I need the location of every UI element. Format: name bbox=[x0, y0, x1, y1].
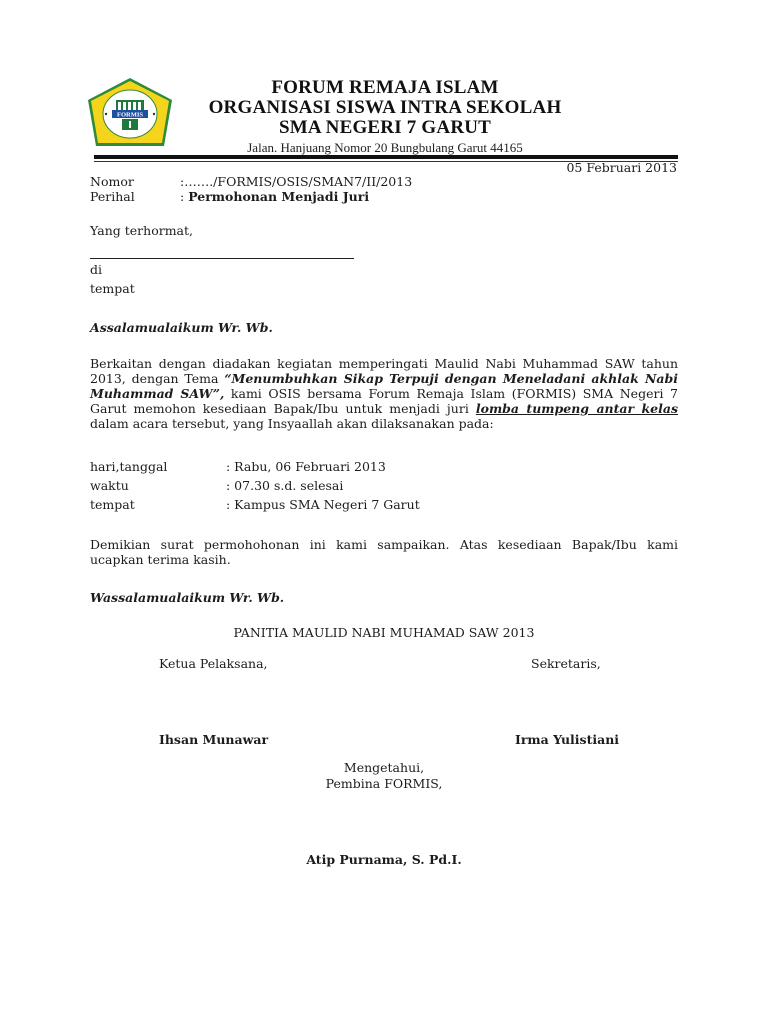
right-signer-name: Irma Yulistiani bbox=[515, 732, 619, 748]
recipient-di: di bbox=[90, 262, 102, 278]
detail-value-place: : Kampus SMA Negeri 7 Garut bbox=[226, 497, 420, 513]
left-signer-role: Ketua Pelaksana, bbox=[159, 656, 268, 672]
school-address: Jalan. Hanjuang Nomor 20 Bungbulang Garu… bbox=[180, 140, 590, 156]
left-signer-name: Ihsan Munawar bbox=[159, 732, 268, 748]
detail-value-time: : 07.30 s.d. selesai bbox=[226, 478, 343, 494]
school-name: SMA NEGERI 7 GARUT bbox=[180, 118, 590, 138]
formis-emblem-icon: FORMIS bbox=[86, 76, 174, 150]
acknowledge-label: Mengetahui, bbox=[0, 760, 768, 776]
salam-close: Wassalamualaikum Wr. Wb. bbox=[90, 590, 284, 606]
salam-open: Assalamualaikum Wr. Wb. bbox=[90, 320, 273, 336]
org-subtitle: ORGANISASI SISWA INTRA SEKOLAH bbox=[180, 98, 590, 118]
header-rule-thick bbox=[94, 155, 678, 159]
advisor-name: Atip Purnama, S. Pd.I. bbox=[0, 852, 768, 868]
perihal-colon: : bbox=[180, 189, 188, 204]
letterhead: FORUM REMAJA ISLAM ORGANISASI SISWA INTR… bbox=[180, 78, 590, 156]
event-name: lomba tumpeng antar kelas bbox=[476, 401, 678, 416]
letter-date: 05 Februari 2013 bbox=[566, 160, 677, 176]
detail-label-date: hari,tanggal bbox=[90, 459, 167, 475]
perihal-text: Permohonan Menjadi Juri bbox=[188, 189, 369, 204]
perihal-value: : Permohonan Menjadi Juri bbox=[180, 189, 369, 205]
closing-paragraph: Demikian surat permohohonan ini kami sam… bbox=[90, 537, 678, 567]
letter-page: FORMIS FORUM REMAJA ISLAM ORGANISASI SIS… bbox=[0, 0, 768, 1024]
org-name: FORUM REMAJA ISLAM bbox=[180, 78, 590, 98]
committee-title: PANITIA MAULID NABI MUHAMAD SAW 2013 bbox=[0, 625, 768, 641]
body-paragraph: Berkaitan dengan diadakan kegiatan mempe… bbox=[90, 356, 678, 431]
advisor-role: Pembina FORMIS, bbox=[0, 776, 768, 792]
body-end: dalam acara tersebut, yang Insyaallah ak… bbox=[90, 416, 494, 431]
nomor-label: Nomor bbox=[90, 174, 134, 190]
detail-value-date: : Rabu, 06 Februari 2013 bbox=[226, 459, 386, 475]
recipient-tempat: tempat bbox=[90, 281, 135, 297]
detail-label-place: tempat bbox=[90, 497, 135, 513]
svg-text:FORMIS: FORMIS bbox=[117, 112, 143, 119]
greeting: Yang terhormat, bbox=[90, 223, 193, 239]
recipient-blank-line bbox=[90, 258, 354, 259]
nomor-value: :……./FORMIS/OSIS/SMAN7/II/2013 bbox=[180, 174, 412, 190]
perihal-label: Perihal bbox=[90, 189, 135, 205]
right-signer-role: Sekretaris, bbox=[531, 656, 601, 672]
detail-label-time: waktu bbox=[90, 478, 129, 494]
